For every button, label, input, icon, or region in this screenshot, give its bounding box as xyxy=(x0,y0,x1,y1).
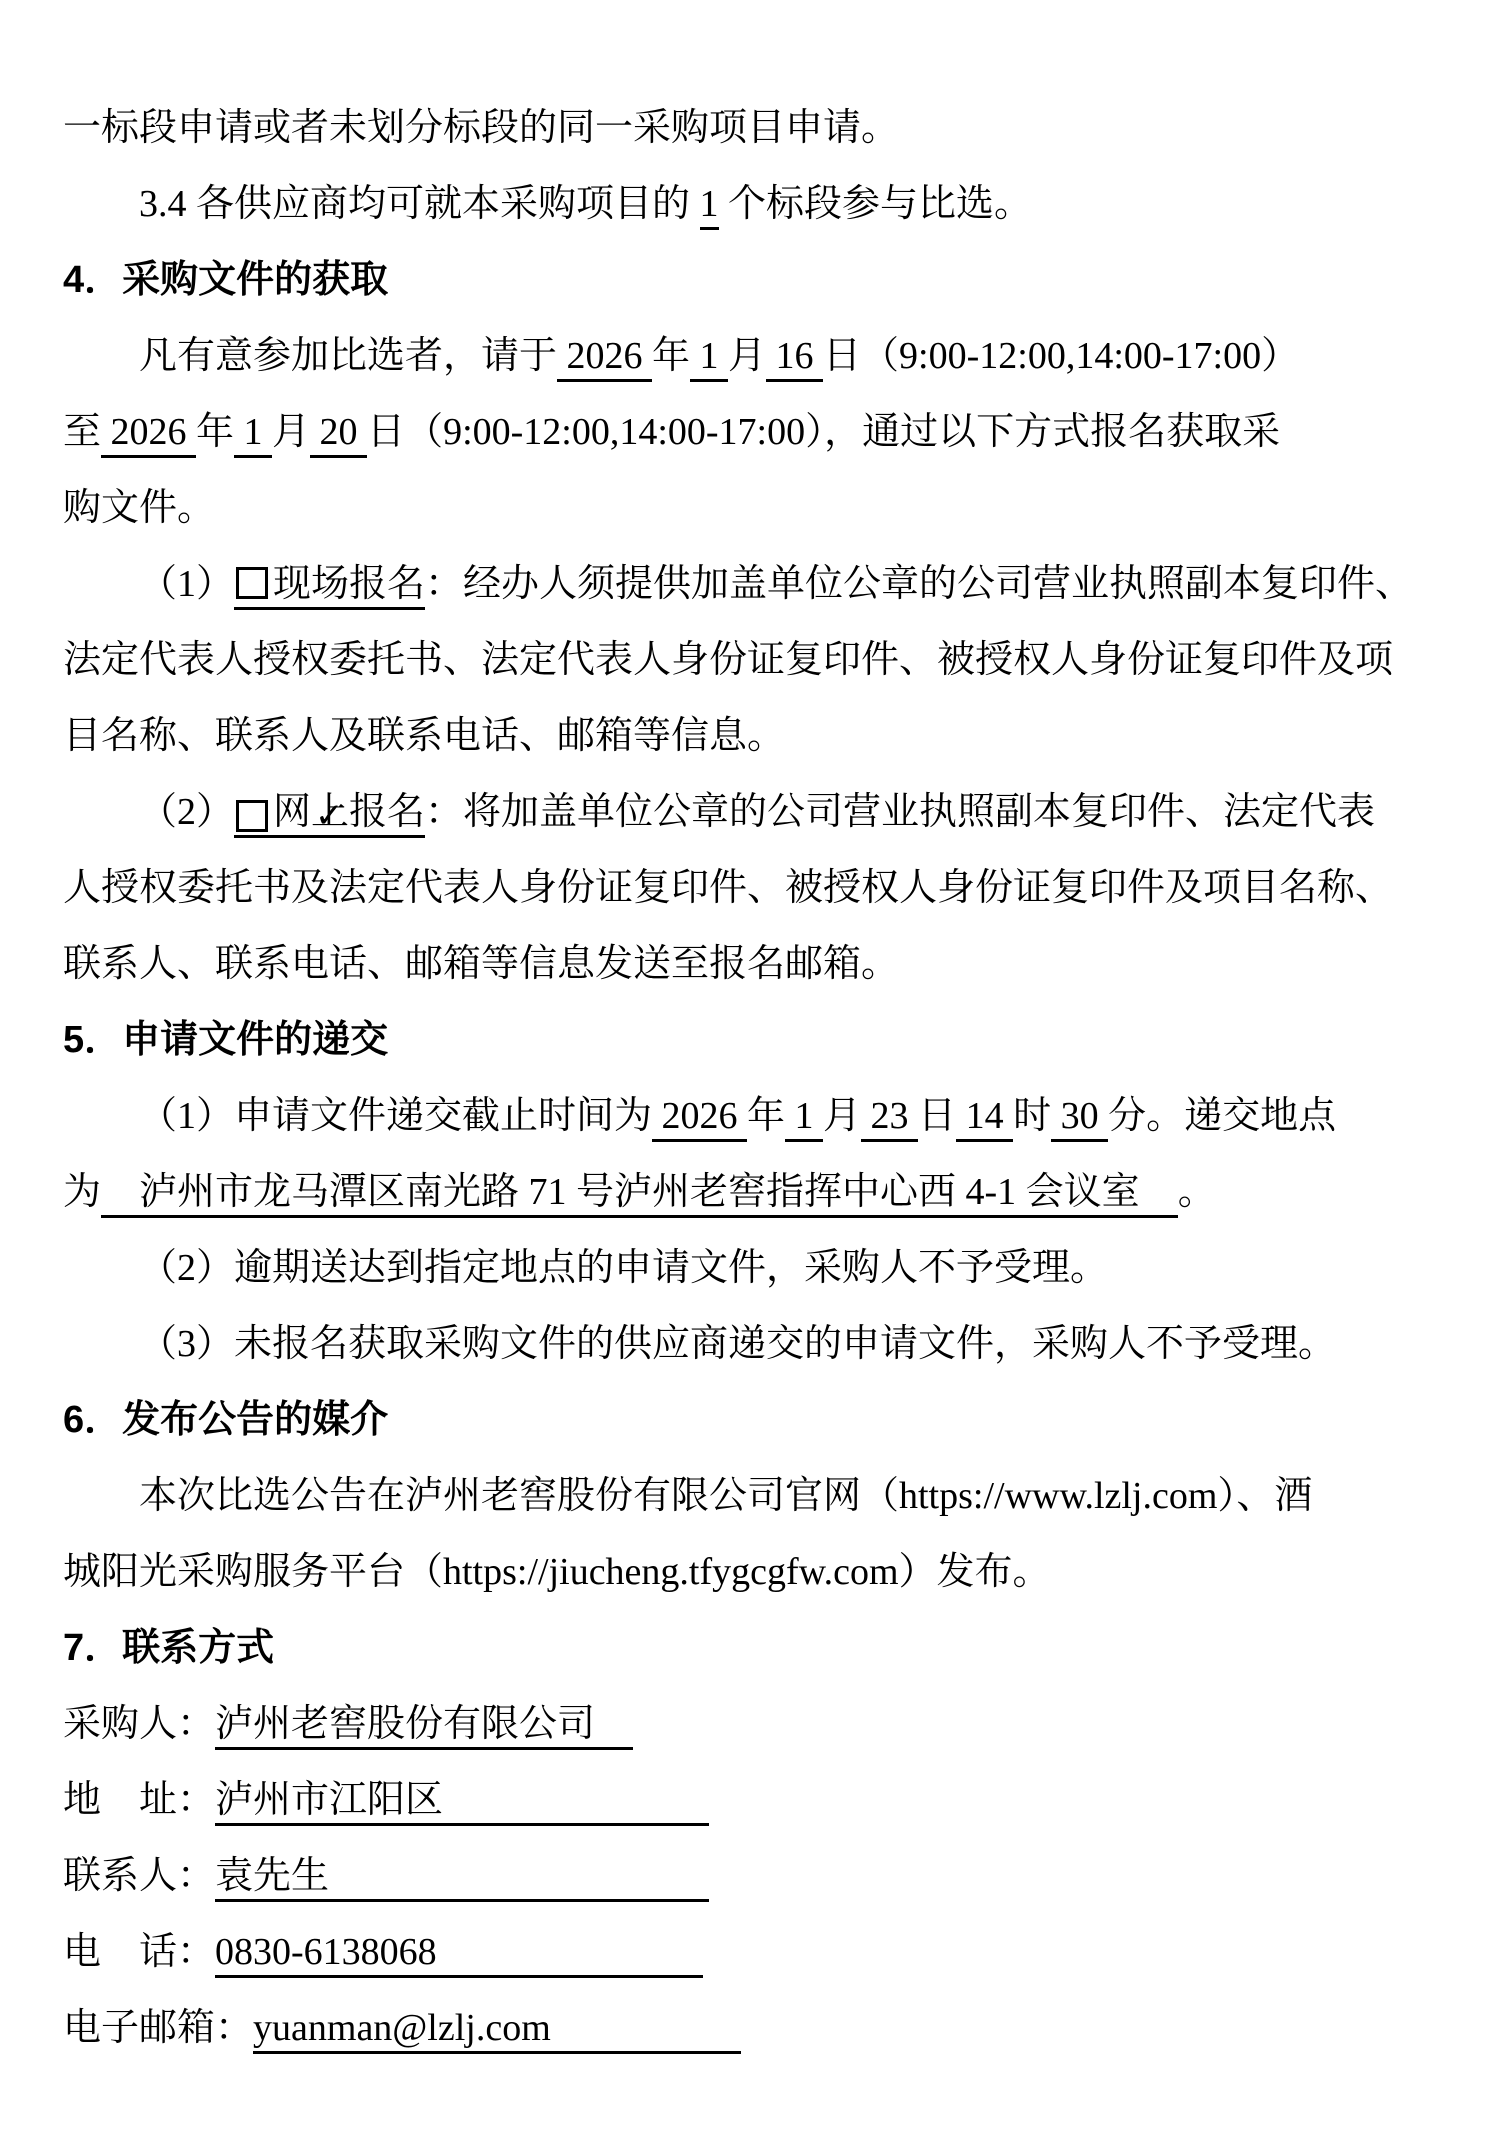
online-registration-line-3: 联系人、联系电话、邮箱等信息发送至报名邮箱。 xyxy=(63,926,1440,1002)
filled-blank: ✓ xyxy=(234,791,273,838)
contact-purchaser-line: 采购人：泸州老窖股份有限公司 xyxy=(63,1686,1440,1762)
registration-period-line-1: 凡有意参加比选者，请于 2026 年 1 月 16 日（9:00-12:00,1… xyxy=(63,318,1440,394)
online-registration-line-1: （2）✓网上报名：将加盖单位公章的公司营业执照副本复印件、法定代表 xyxy=(63,774,1440,850)
filled-blank: 1 xyxy=(700,183,719,230)
filled-blank: 16 xyxy=(766,335,823,382)
contact-email-line: 电子邮箱：yuanman@lzlj.com xyxy=(63,1990,1440,2066)
onsite-registration-line-2: 法定代表人授权委托书、法定代表人身份证复印件、被授权人身份证复印件及项 xyxy=(63,622,1440,698)
announcement-media-line-2: 城阳光采购服务平台（https://jiucheng.tfygcgfw.com）… xyxy=(63,1534,1440,1610)
clause-3-3-continuation: 一标段申请或者未划分标段的同一采购项目申请。 xyxy=(63,90,1440,166)
filled-blank: yuanman@lzlj.com xyxy=(253,2007,741,2054)
onsite-registration-line-1: （1）现场报名：经办人须提供加盖单位公章的公司营业执照副本复印件、 xyxy=(63,546,1440,622)
filled-blank: 23 xyxy=(861,1095,918,1142)
filled-blank: 现场报名 xyxy=(273,563,425,610)
submission-deadline-line-2: 为 泸州市龙马潭区南光路 71 号泸州老窖指挥中心西 4-1 会议室 。 xyxy=(63,1154,1440,1230)
section-heading-6: 6．发布公告的媒介 xyxy=(63,1382,1440,1458)
submission-deadline-line-1: （1）申请文件递交截止时间为 2026 年 1 月 23 日 14 时 30 分… xyxy=(63,1078,1440,1154)
checkbox-unchecked-icon xyxy=(236,567,268,599)
contact-address-line: 地 址：泸州市江阳区 xyxy=(63,1762,1440,1838)
onsite-registration-line-3: 目名称、联系人及联系电话、邮箱等信息。 xyxy=(63,698,1440,774)
filled-blank: 0830-6138068 xyxy=(215,1931,703,1978)
submission-rule-2: （2）逾期送达到指定地点的申请文件，采购人不予受理。 xyxy=(63,1230,1440,1306)
section-heading-5: 5．申请文件的递交 xyxy=(63,1002,1440,1078)
filled-blank: 20 xyxy=(310,411,367,458)
filled-blank: 2026 xyxy=(557,335,652,382)
filled-blank: 30 xyxy=(1051,1095,1108,1142)
filled-blank: 2026 xyxy=(652,1095,747,1142)
filled-blank: 1 xyxy=(785,1095,823,1142)
submission-rule-3: （3）未报名获取采购文件的供应商递交的申请文件，采购人不予受理。 xyxy=(63,1306,1440,1382)
filled-blank: 泸州市江阳区 xyxy=(215,1779,709,1826)
document-page: 一标段申请或者未划分标段的同一采购项目申请。3.4 各供应商均可就本采购项目的 … xyxy=(0,0,1500,2137)
section-heading-4: 4．采购文件的获取 xyxy=(63,242,1440,318)
filled-blank: 2026 xyxy=(101,411,196,458)
filled-blank: 1 xyxy=(234,411,272,458)
registration-period-line-3: 购文件。 xyxy=(63,470,1440,546)
filled-blank: 网上报名 xyxy=(273,791,425,838)
section-heading-7: 7．联系方式 xyxy=(63,1610,1440,1686)
filled-blank: 14 xyxy=(956,1095,1013,1142)
checkbox-checked-icon: ✓ xyxy=(236,800,268,832)
filled-blank xyxy=(234,563,273,610)
announcement-media-line-1: 本次比选公告在泸州老窖股份有限公司官网（https://www.lzlj.com… xyxy=(63,1458,1440,1534)
filled-blank: 泸州市龙马潭区南光路 71 号泸州老窖指挥中心西 4-1 会议室 xyxy=(101,1171,1178,1218)
contact-phone-line: 电 话：0830-6138068 xyxy=(63,1914,1440,1990)
filled-blank: 袁先生 xyxy=(215,1855,709,1902)
online-registration-line-2: 人授权委托书及法定代表人身份证复印件、被授权人身份证复印件及项目名称、 xyxy=(63,850,1440,926)
clause-3-4: 3.4 各供应商均可就本采购项目的 1 个标段参与比选。 xyxy=(63,166,1440,242)
registration-period-line-2: 至 2026 年 1 月 20 日（9:00-12:00,14:00-17:00… xyxy=(63,394,1440,470)
filled-blank: 泸州老窖股份有限公司 xyxy=(215,1703,633,1750)
contact-person-line: 联系人：袁先生 xyxy=(63,1838,1440,1914)
filled-blank: 1 xyxy=(690,335,728,382)
